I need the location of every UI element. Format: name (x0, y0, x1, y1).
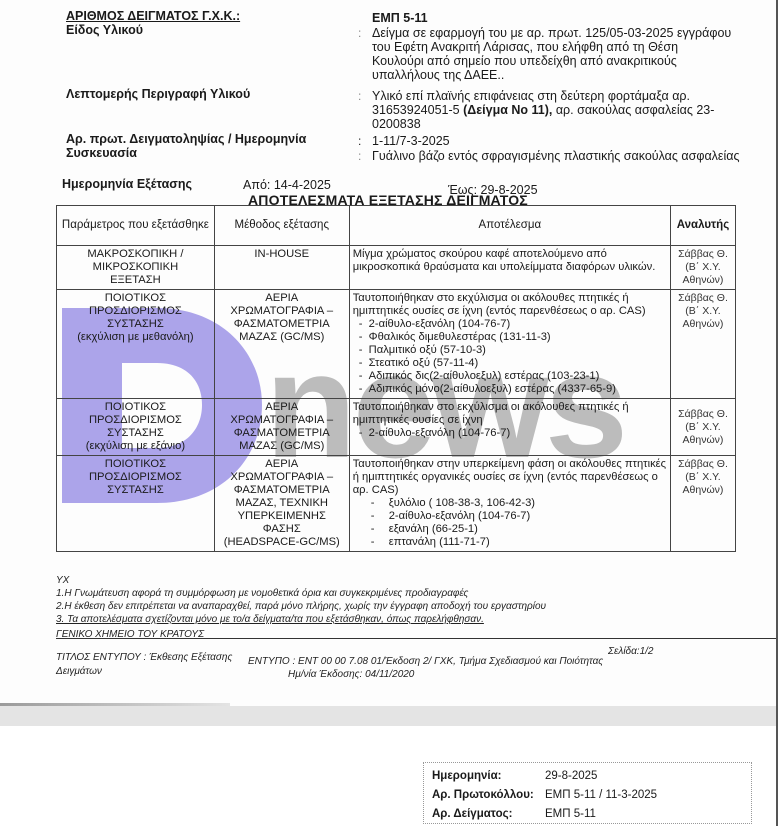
result-text: Μίγμα χρώματος σκούρου καφέ αποτελούμενο… (353, 248, 667, 274)
result-cell: Μίγμα χρώματος σκούρου καφέ αποτελούμενο… (349, 246, 670, 290)
result-item-text: Αδιπικός μόνο(2-αίθυλοεξυλ) εστέρας (433… (369, 383, 616, 395)
detailed-description-label: Λεπτομερής Περιγραφή Υλικού (66, 87, 250, 101)
table-row: ΠΟΙΟΤΙΚΟΣ ΠΡΟΣΔΙΟΡΙΣΜΟΣ ΣΥΣΤΑΣΗΣ (εκχύλι… (57, 290, 736, 399)
parameter-line: ΠΡΟΣΔΙΟΡΙΣΜΟΣ (60, 471, 211, 484)
sampling-protocol-value: 1-11/7-3-2025 (372, 134, 450, 148)
result-item: - 2-αίθυλο-εξανόλη (104-76-7) (353, 318, 667, 331)
info-protocol-value: ΕΜΠ 5-11 / 11-3-2025 (545, 789, 657, 801)
parameter-cell: ΜΑΚΡΟΣΚΟΠΙΚΗ / ΜΙΚΡΟΣΚΟΠΙΚΗ ΕΞΕΤΑΣΗ (57, 246, 215, 290)
result-item: - 2-αίθυλο-εξανόλη (104-76-7) (353, 427, 667, 440)
info-date-value: 29-8-2025 (545, 770, 597, 782)
result-item: - Στεατικό οξύ (57-11-4) (353, 357, 667, 370)
result-item-text: Φθαλικός διμεθυλεστέρας (131-11-3) (369, 331, 551, 343)
parameter-line: ΠΡΟΣΔΙΟΡΙΣΜΟΣ (60, 414, 211, 427)
method-line: ΜΑΖΑΣ (GC/MS) (218, 331, 346, 344)
footer-page-number: Σελίδα:1/2 (608, 645, 653, 658)
separator: : (358, 89, 361, 103)
sampling-protocol-label: Αρ. πρωτ. Δειγματοληψίας / Ημερομηνία (66, 132, 306, 146)
analyst-line: Αθηνών) (674, 318, 732, 331)
result-item-text: Στεατικό οξύ (57-11-4) (369, 357, 479, 369)
method-line: ΑΕΡΙΑ (218, 458, 346, 471)
parameter-line: ΣΥΣΤΑΣΗΣ (60, 318, 211, 331)
analyst-cell: Σάββας Θ. (Β΄ Χ.Υ. Αθηνών) (670, 399, 735, 456)
footer-form-title-cont: Δειγμάτων (56, 665, 102, 678)
analyst-line: (Β΄ Χ.Υ. (674, 305, 732, 318)
analyst-line: (Β΄ Χ.Υ. (674, 261, 732, 274)
separator: : (358, 26, 361, 40)
analyst-line: (Β΄ Χ.Υ. (674, 471, 732, 484)
result-item-text: 2-αίθυλο-εξανόλη (104-76-7) (369, 318, 511, 330)
column-header-parameter: Παράμετρος που εξετάσθηκε (57, 206, 215, 246)
analyst-cell: Σάββας Θ. (Β΄ Χ.Υ. Αθηνών) (670, 290, 735, 399)
result-item: - Αδιπικός δις(2-αίθυλοεξυλ) εστέρας (10… (353, 370, 667, 383)
analyst-line: Σάββας Θ. (674, 458, 732, 471)
method-cell: ΑΕΡΙΑ ΧΡΩΜΑΤΟΓΡΑΦΙΑ – ΦΑΣΜΑΤΟΜΕΤΡΙΑ ΜΑΖΑ… (214, 399, 349, 456)
packaging-value: Γυάλινο βάζο εντός σφραγισμένης πλαστική… (372, 149, 742, 163)
info-date-row: Ημερομηνία:29-8-2025 (432, 770, 597, 782)
analyst-line: Αθηνών) (674, 484, 732, 497)
sample-number-label: ΑΡΙΘΜΟΣ ΔΕΙΓΜΑΤΟΣ Γ.Χ.Κ.: (66, 9, 240, 23)
method-cell: ΑΕΡΙΑ ΧΡΩΜΑΤΟΓΡΑΦΙΑ – ΦΑΣΜΑΤΟΜΕΤΡΙΑ ΜΑΖΑ… (214, 290, 349, 399)
method-line: ΜΑΖΑΣ (GC/MS) (218, 440, 346, 453)
method-line: ΦΑΣΜΑΤΟΜΕΤΡΙΑ (218, 484, 346, 497)
result-item-text: Αδιπικός δις(2-αίθυλοεξυλ) εστέρας (103-… (369, 370, 600, 382)
parameter-line: ΜΙΚΡΟΣΚΟΠΙΚΗ (60, 261, 211, 274)
method-line: ΧΡΩΜΑΤΟΓΡΑΦΙΑ – (218, 414, 346, 427)
notes-section: ΥΧ 1.Η Γνωμάτευση αφορά τη συμμόρφωση με… (56, 574, 756, 626)
analyst-line: Σάββας Θ. (674, 408, 732, 421)
sample-number-value: ΕΜΠ 5-11 (372, 11, 428, 25)
analyst-line: Αθηνών) (674, 434, 732, 447)
result-item-text: Παλμιτικό οξύ (57-10-3) (369, 344, 486, 356)
info-sample-row: Αρ. Δείγματος:ΕΜΠ 5-11 (432, 808, 596, 820)
result-text: Ταυτοποιήθηκαν στο εκχύλισμα οι ακόλουθε… (353, 401, 667, 427)
table-row: ΠΟΙΟΤΙΚΟΣ ΠΡΟΣΔΙΟΡΙΣΜΟΣ ΣΥΣΤΑΣΗΣ (εκχύλι… (57, 399, 736, 456)
result-item-text: 2-αίθυλο-εξανόλη (104-76-7) (389, 510, 531, 522)
parameter-line: ΣΥΣΤΑΣΗΣ (60, 484, 211, 497)
note-item: 2.Η έκθεση δεν επιτρέπεται να αναπαραχθε… (56, 600, 756, 613)
method-line: ΥΠΕΡΚΕΙΜΕΝΗΣ (218, 510, 346, 523)
description-sample-number: (Δείγμα Νο 11), (463, 103, 552, 117)
parameter-line: ΠΡΟΣΔΙΟΡΙΣΜΟΣ (60, 305, 211, 318)
result-cell: Ταυτοποιήθηκαν στο εκχύλισμα οι ακόλουθε… (349, 399, 670, 456)
packaging-label: Συσκευασία (66, 146, 137, 160)
analyst-line: Αθηνών) (674, 274, 732, 287)
method-line: (HEADSPACE-GC/MS) (218, 536, 346, 549)
page-separator (0, 706, 778, 726)
footer-form-code: ΕΝΤΥΠΟ : ΕΝΤ 00 00 7.08 01/Έκδοση 2/ ΓΧΚ… (248, 655, 603, 668)
table-row: ΜΑΚΡΟΣΚΟΠΙΚΗ / ΜΙΚΡΟΣΚΟΠΙΚΗ ΕΞΕΤΑΣΗ IN-H… (57, 246, 736, 290)
footer-form-title: ΤΙΤΛΟΣ ΕΝΤΥΠΟΥ : Έκθεσης Εξέτασης (56, 651, 232, 664)
method-line: ΦΑΣΜΑΤΟΜΕΤΡΙΑ (218, 427, 346, 440)
result-item: -2-αίθυλο-εξανόλη (104-76-7) (353, 510, 667, 523)
exam-date-from: Από: 14-4-2025 (243, 178, 331, 192)
note-item: 1.Η Γνωμάτευση αφορά τη συμμόρφωση με νο… (56, 587, 756, 600)
parameter-line: ΜΑΚΡΟΣΚΟΠΙΚΗ / (60, 248, 211, 261)
analyst-line: Σάββας Θ. (674, 248, 732, 261)
result-item: -εξανάλη (66-25-1) (353, 523, 667, 536)
method-line: ΧΡΩΜΑΤΟΓΡΑΦΙΑ – (218, 471, 346, 484)
parameter-line: ΠΟΙΟΤΙΚΟΣ (60, 458, 211, 471)
parameter-line: (εκχύλιση με μεθανόλη) (60, 331, 211, 344)
method-line: IN-HOUSE (218, 248, 346, 261)
method-line: ΦΑΣΜΑΤΟΜΕΤΡΙΑ (218, 318, 346, 331)
analyst-line: (Β΄ Χ.Υ. (674, 421, 732, 434)
result-item-text: ξυλόλιο ( 108-38-3, 106-42-3) (389, 497, 535, 509)
analyst-cell: Σάββας Θ. (Β΄ Χ.Υ. Αθηνών) (670, 246, 735, 290)
page2-info-box: Ημερομηνία:29-8-2025 Αρ. Πρωτοκόλλου:ΕΜΠ… (423, 762, 752, 824)
parameter-cell: ΠΟΙΟΤΙΚΟΣ ΠΡΟΣΔΙΟΡΙΣΜΟΣ ΣΥΣΤΑΣΗΣ (εκχύλι… (57, 290, 215, 399)
result-text: Ταυτοποιήθηκαν στο εκχύλισμα οι ακόλουθε… (353, 292, 667, 318)
info-date-label: Ημερομηνία: (432, 770, 545, 782)
method-cell: IN-HOUSE (214, 246, 349, 290)
info-protocol-label: Αρ. Πρωτοκόλλου: (432, 789, 545, 801)
result-item: -ξυλόλιο ( 108-38-3, 106-42-3) (353, 497, 667, 510)
table-header-row: Παράμετρος που εξετάσθηκε Μέθοδος εξέτασ… (57, 206, 736, 246)
info-sample-value: ΕΜΠ 5-11 (545, 808, 596, 820)
result-item: - Φθαλικός διμεθυλεστέρας (131-11-3) (353, 331, 667, 344)
result-item-text: επτανάλη (111-71-7) (389, 536, 490, 548)
result-item-text: εξανάλη (66-25-1) (389, 523, 478, 535)
separator: : (358, 134, 361, 148)
notes-heading: ΥΧ (56, 574, 756, 587)
column-header-analyst: Αναλυτής (670, 206, 735, 246)
result-item-text: 2-αίθυλο-εξανόλη (104-76-7) (369, 427, 511, 439)
result-cell: Ταυτοποιήθηκαν στο εκχύλισμα οι ακόλουθε… (349, 290, 670, 399)
material-type-label: Είδος Υλικού (66, 23, 143, 37)
exam-date-label: Ημερομηνία Εξέτασης (62, 177, 192, 191)
footer-issue-date: Ημ/νία Έκδοσης: 04/11/2020 (288, 668, 414, 681)
parameter-line: ΣΥΣΤΑΣΗΣ (60, 427, 211, 440)
analyst-cell: Σάββας Θ. (Β΄ Χ.Υ. Αθηνών) (670, 456, 735, 552)
method-line: ΧΡΩΜΑΤΟΓΡΑΦΙΑ – (218, 305, 346, 318)
result-cell: Ταυτοποιήθηκαν στην υπερκείμενη φάση οι … (349, 456, 670, 552)
method-line: ΑΕΡΙΑ (218, 292, 346, 305)
detailed-description-value: Υλικό επί πλαϊνής επιφάνειας στη δεύτερη… (372, 89, 717, 131)
note-item: 3. Τα αποτελέσματα σχετίζονται μόνο με τ… (56, 613, 756, 626)
parameter-line: (εκχύλιση με εξάνιο) (60, 440, 211, 453)
method-line: ΦΑΣΗΣ (218, 523, 346, 536)
separator: : (358, 149, 361, 163)
column-header-result: Αποτέλεσμα (349, 206, 670, 246)
method-cell: ΑΕΡΙΑ ΧΡΩΜΑΤΟΓΡΑΦΙΑ – ΦΑΣΜΑΤΟΜΕΤΡΙΑ ΜΑΖΑ… (214, 456, 349, 552)
parameter-line: ΠΟΙΟΤΙΚΟΣ (60, 401, 211, 414)
result-text: Ταυτοποιήθηκαν στην υπερκείμενη φάση οι … (353, 458, 667, 497)
method-line: ΜΑΖΑΣ, ΤΕΧΝΙΚΗ (218, 497, 346, 510)
info-protocol-row: Αρ. Πρωτοκόλλου:ΕΜΠ 5-11 / 11-3-2025 (432, 789, 657, 801)
parameter-cell: ΠΟΙΟΤΙΚΟΣ ΠΡΟΣΔΙΟΡΙΣΜΟΣ ΣΥΣΤΑΣΗΣ (57, 456, 215, 552)
results-table: Παράμετρος που εξετάσθηκε Μέθοδος εξέτασ… (56, 205, 736, 552)
result-item: - Αδιπικός μόνο(2-αίθυλοεξυλ) εστέρας (4… (353, 383, 667, 396)
parameter-line: ΕΞΕΤΑΣΗ (60, 274, 211, 287)
report-page-1: news ΑΡΙΘΜΟΣ ΔΕΙΓΜΑΤΟΣ Γ.Χ.Κ.: ΕΜΠ 5-11 … (0, 0, 778, 706)
info-sample-label: Αρ. Δείγματος: (432, 808, 545, 820)
method-line: ΑΕΡΙΑ (218, 401, 346, 414)
result-item: - Παλμιτικό οξύ (57-10-3) (353, 344, 667, 357)
footer-organization: ΓΕΝΙΚΟ ΧΗΜΕΙΟ ΤΟΥ ΚΡΑΤΟΥΣ (56, 628, 204, 641)
parameter-line: ΠΟΙΟΤΙΚΟΣ (60, 292, 211, 305)
parameter-cell: ΠΟΙΟΤΙΚΟΣ ΠΡΟΣΔΙΟΡΙΣΜΟΣ ΣΥΣΤΑΣΗΣ (εκχύλι… (57, 399, 215, 456)
material-type-value: Δείγμα σε εφαρμογή του με αρ. πρωτ. 125/… (372, 26, 732, 82)
column-header-method: Μέθοδος εξέτασης (214, 206, 349, 246)
analyst-line: Σάββας Θ. (674, 292, 732, 305)
table-row: ΠΟΙΟΤΙΚΟΣ ΠΡΟΣΔΙΟΡΙΣΜΟΣ ΣΥΣΤΑΣΗΣ ΑΕΡΙΑ Χ… (57, 456, 736, 552)
result-item: -επτανάλη (111-71-7) (353, 536, 667, 549)
